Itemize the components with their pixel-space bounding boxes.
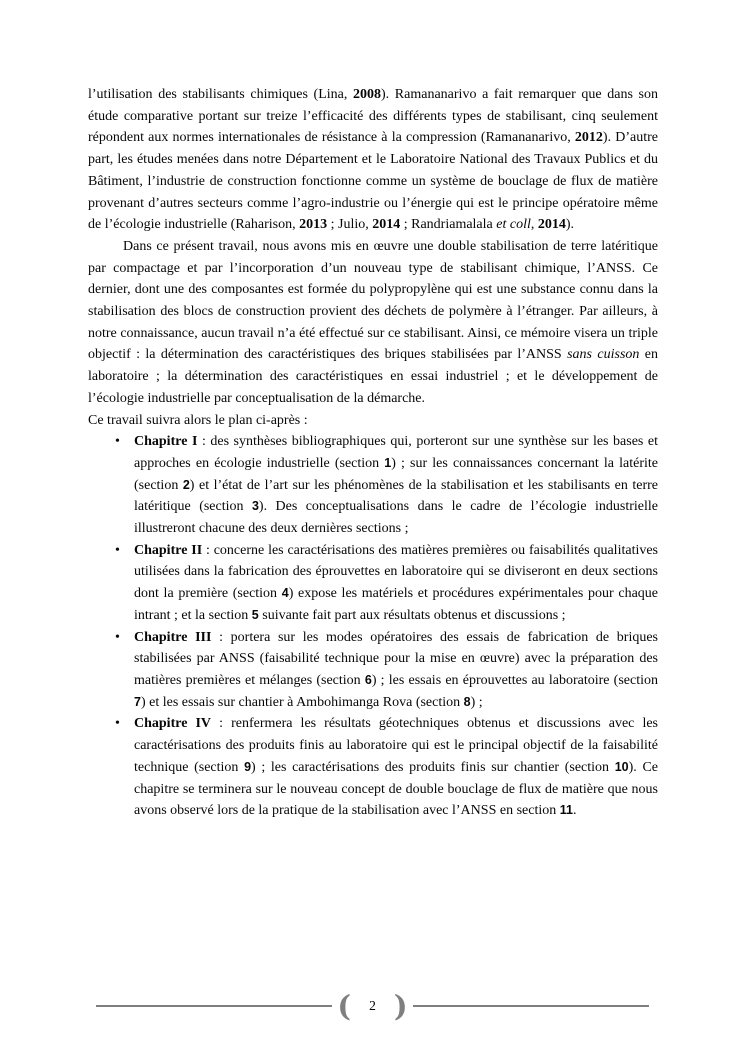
text-run: 8	[464, 695, 471, 709]
paragraph-plan-intro: Ce travail suivra alors le plan ci-après…	[88, 410, 658, 432]
list-item-text: Chapitre III : portera sur les modes opé…	[134, 630, 658, 710]
chapter-list: • Chapitre I : des synthèses bibliograph…	[88, 431, 658, 822]
text-run: suivante fait part aux résultats obtenus…	[259, 608, 566, 623]
text-run: ) ; les caractérisations des produits fi…	[251, 760, 615, 775]
list-item-chapitre-2: • Chapitre II : concerne les caractérisa…	[88, 540, 658, 627]
right-bracket-ornament: )	[389, 992, 413, 1020]
text-run: .	[573, 803, 577, 818]
list-item-chapitre-4: • Chapitre IV : renfermera les résultats…	[88, 713, 658, 822]
paragraph-present-work: Dans ce présent travail, nous avons mis …	[88, 236, 658, 410]
footer-rule-left	[96, 1005, 332, 1007]
text-run: Chapitre I	[134, 434, 197, 449]
page-number: 2	[356, 992, 389, 1020]
text-run: 2012	[575, 130, 603, 145]
list-item-chapitre-1: • Chapitre I : des synthèses bibliograph…	[88, 431, 658, 540]
text-run: ; Randriamalala	[400, 217, 496, 232]
text-run: sans cuisson	[567, 347, 639, 362]
list-item-text: Chapitre IV : renfermera les résultats g…	[134, 716, 658, 818]
text-run: 5	[252, 608, 259, 622]
text-run: et coll	[496, 217, 531, 232]
document-page: l’utilisation des stabilisants chimiques…	[0, 0, 745, 1053]
list-item-text: Chapitre I : des synthèses bibliographiq…	[134, 434, 658, 536]
bullet-icon: •	[115, 627, 120, 649]
list-item-text: Chapitre II : concerne les caractérisati…	[134, 543, 658, 623]
page-content: l’utilisation des stabilisants chimiques…	[88, 84, 658, 822]
text-run: ).	[566, 217, 574, 232]
list-item-chapitre-3: • Chapitre III : portera sur les modes o…	[88, 627, 658, 714]
text-run: 3	[252, 499, 259, 513]
text-run: 2	[183, 478, 190, 492]
text-run: 10	[615, 760, 629, 774]
text-run: 2014	[372, 217, 400, 232]
bullet-icon: •	[115, 540, 120, 562]
page-footer: ( 2 )	[96, 992, 649, 1020]
text-run: 2014	[538, 217, 566, 232]
footer-rule-right	[413, 1005, 649, 1007]
text-run: ) ; les essais en éprouvettes au laborat…	[372, 673, 658, 688]
text-run: 2013	[299, 217, 327, 232]
text-run: 6	[365, 673, 372, 687]
text-run: ; Julio,	[327, 217, 372, 232]
bullet-icon: •	[115, 431, 120, 453]
text-run: 7	[134, 695, 141, 709]
paragraph-continuation: l’utilisation des stabilisants chimiques…	[88, 84, 658, 236]
bullet-icon: •	[115, 713, 120, 735]
left-bracket-ornament: (	[332, 992, 356, 1020]
text-run: Dans ce présent travail, nous avons mis …	[88, 239, 658, 363]
text-run: l’utilisation des stabilisants chimiques…	[88, 87, 353, 102]
text-run: Chapitre II	[134, 543, 202, 558]
text-run: Chapitre III	[134, 630, 211, 645]
text-run: Ce travail suivra alors le plan ci-après…	[88, 413, 308, 428]
text-run: 9	[244, 760, 251, 774]
text-run: 2008	[353, 87, 381, 102]
text-run: ,	[531, 217, 538, 232]
text-run: 11	[560, 803, 573, 817]
text-run: ) et les essais sur chantier à Ambohiman…	[141, 695, 464, 710]
text-run: ) ;	[471, 695, 483, 710]
text-run: 4	[282, 586, 289, 600]
text-run: Chapitre IV	[134, 716, 211, 731]
